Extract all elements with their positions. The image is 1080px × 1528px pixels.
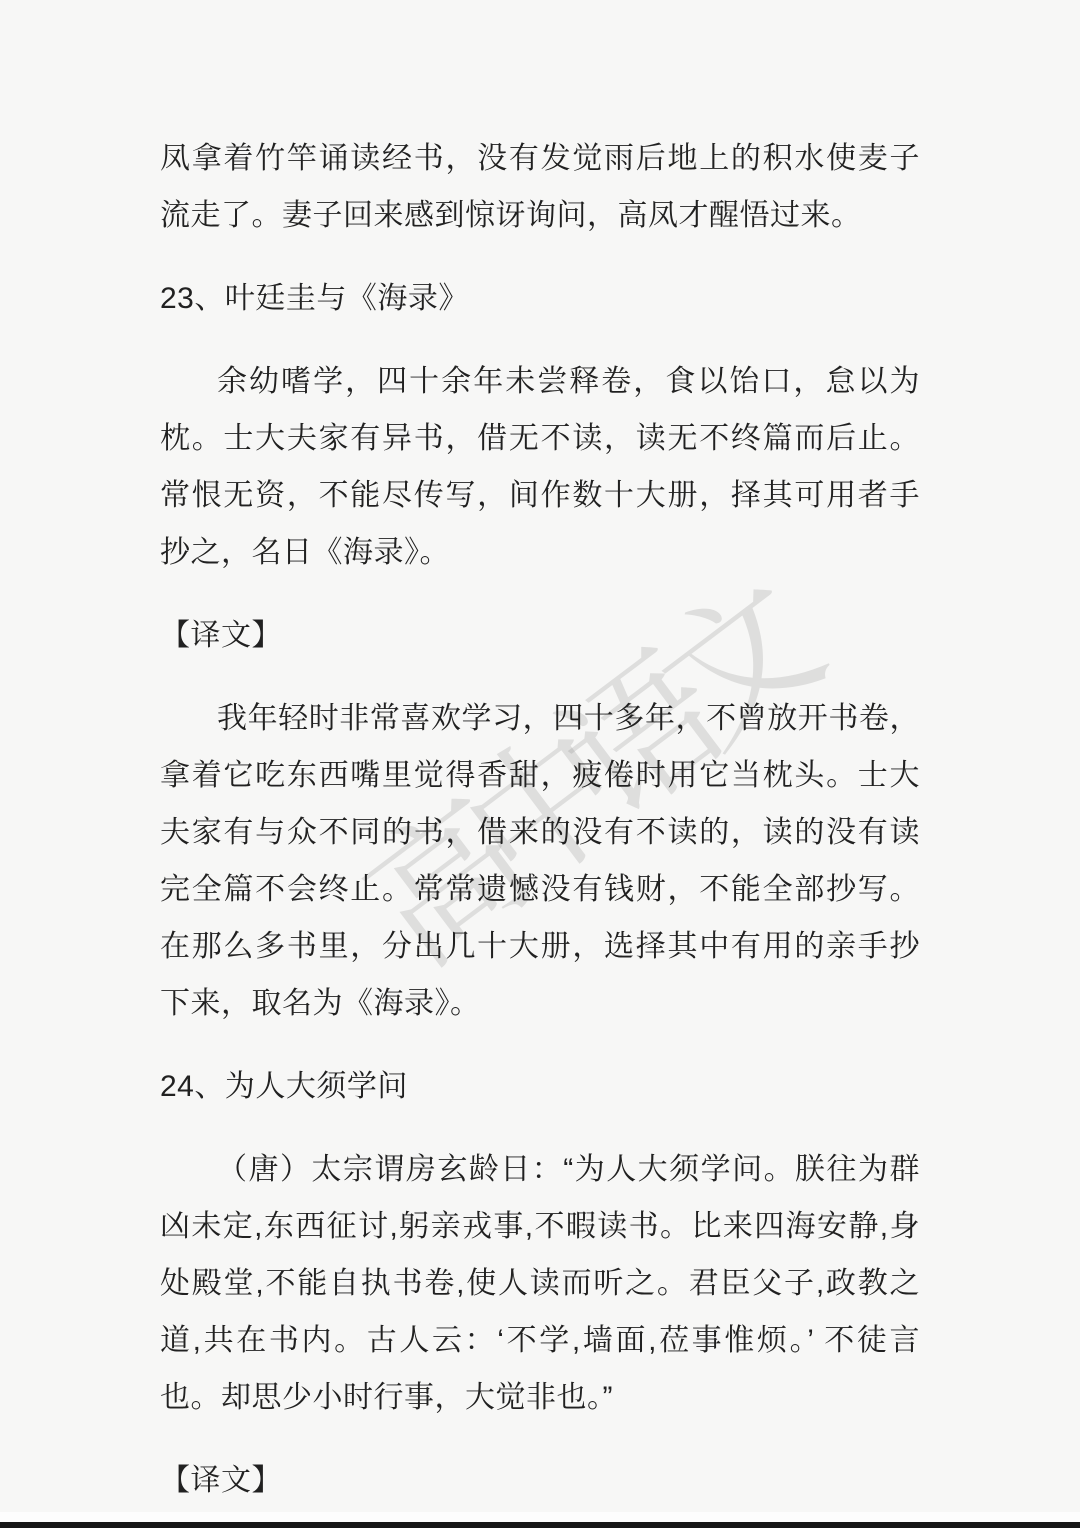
document-page: 高中语文 凤拿着竹竿诵读经书，没有发觉雨后地上的积水使麦子流走了。妻子回来感到惊… — [0, 0, 1080, 1528]
paragraph: 我年轻时非常喜欢学习，四十多年，不曾放开书卷，拿着它吃东西嘴里觉得香甜，疲倦时用… — [160, 690, 920, 1032]
bottom-light-strip — [0, 1512, 1080, 1522]
translation-label: 【译文】 — [160, 1452, 920, 1509]
section-heading: 23、叶廷圭与《海录》 — [160, 270, 920, 327]
document-content: 凤拿着竹竿诵读经书，没有发觉雨后地上的积水使麦子流走了。妻子回来感到惊讶询问，高… — [0, 0, 1080, 1509]
section-heading: 24、为人大须学问 — [160, 1058, 920, 1115]
paragraph: 凤拿着竹竿诵读经书，没有发觉雨后地上的积水使麦子流走了。妻子回来感到惊讶询问，高… — [160, 130, 920, 244]
paragraph: （唐）太宗谓房玄龄日：“为人大须学问。朕往为群凶未定,东西征讨,躬亲戎事,不暇读… — [160, 1141, 920, 1426]
translation-label: 【译文】 — [160, 607, 920, 664]
bottom-edge-bar — [0, 1522, 1080, 1528]
paragraph: 余幼嗜学，四十余年未尝释卷，食以饴口，怠以为枕。士大夫家有异书，借无不读，读无不… — [160, 353, 920, 581]
